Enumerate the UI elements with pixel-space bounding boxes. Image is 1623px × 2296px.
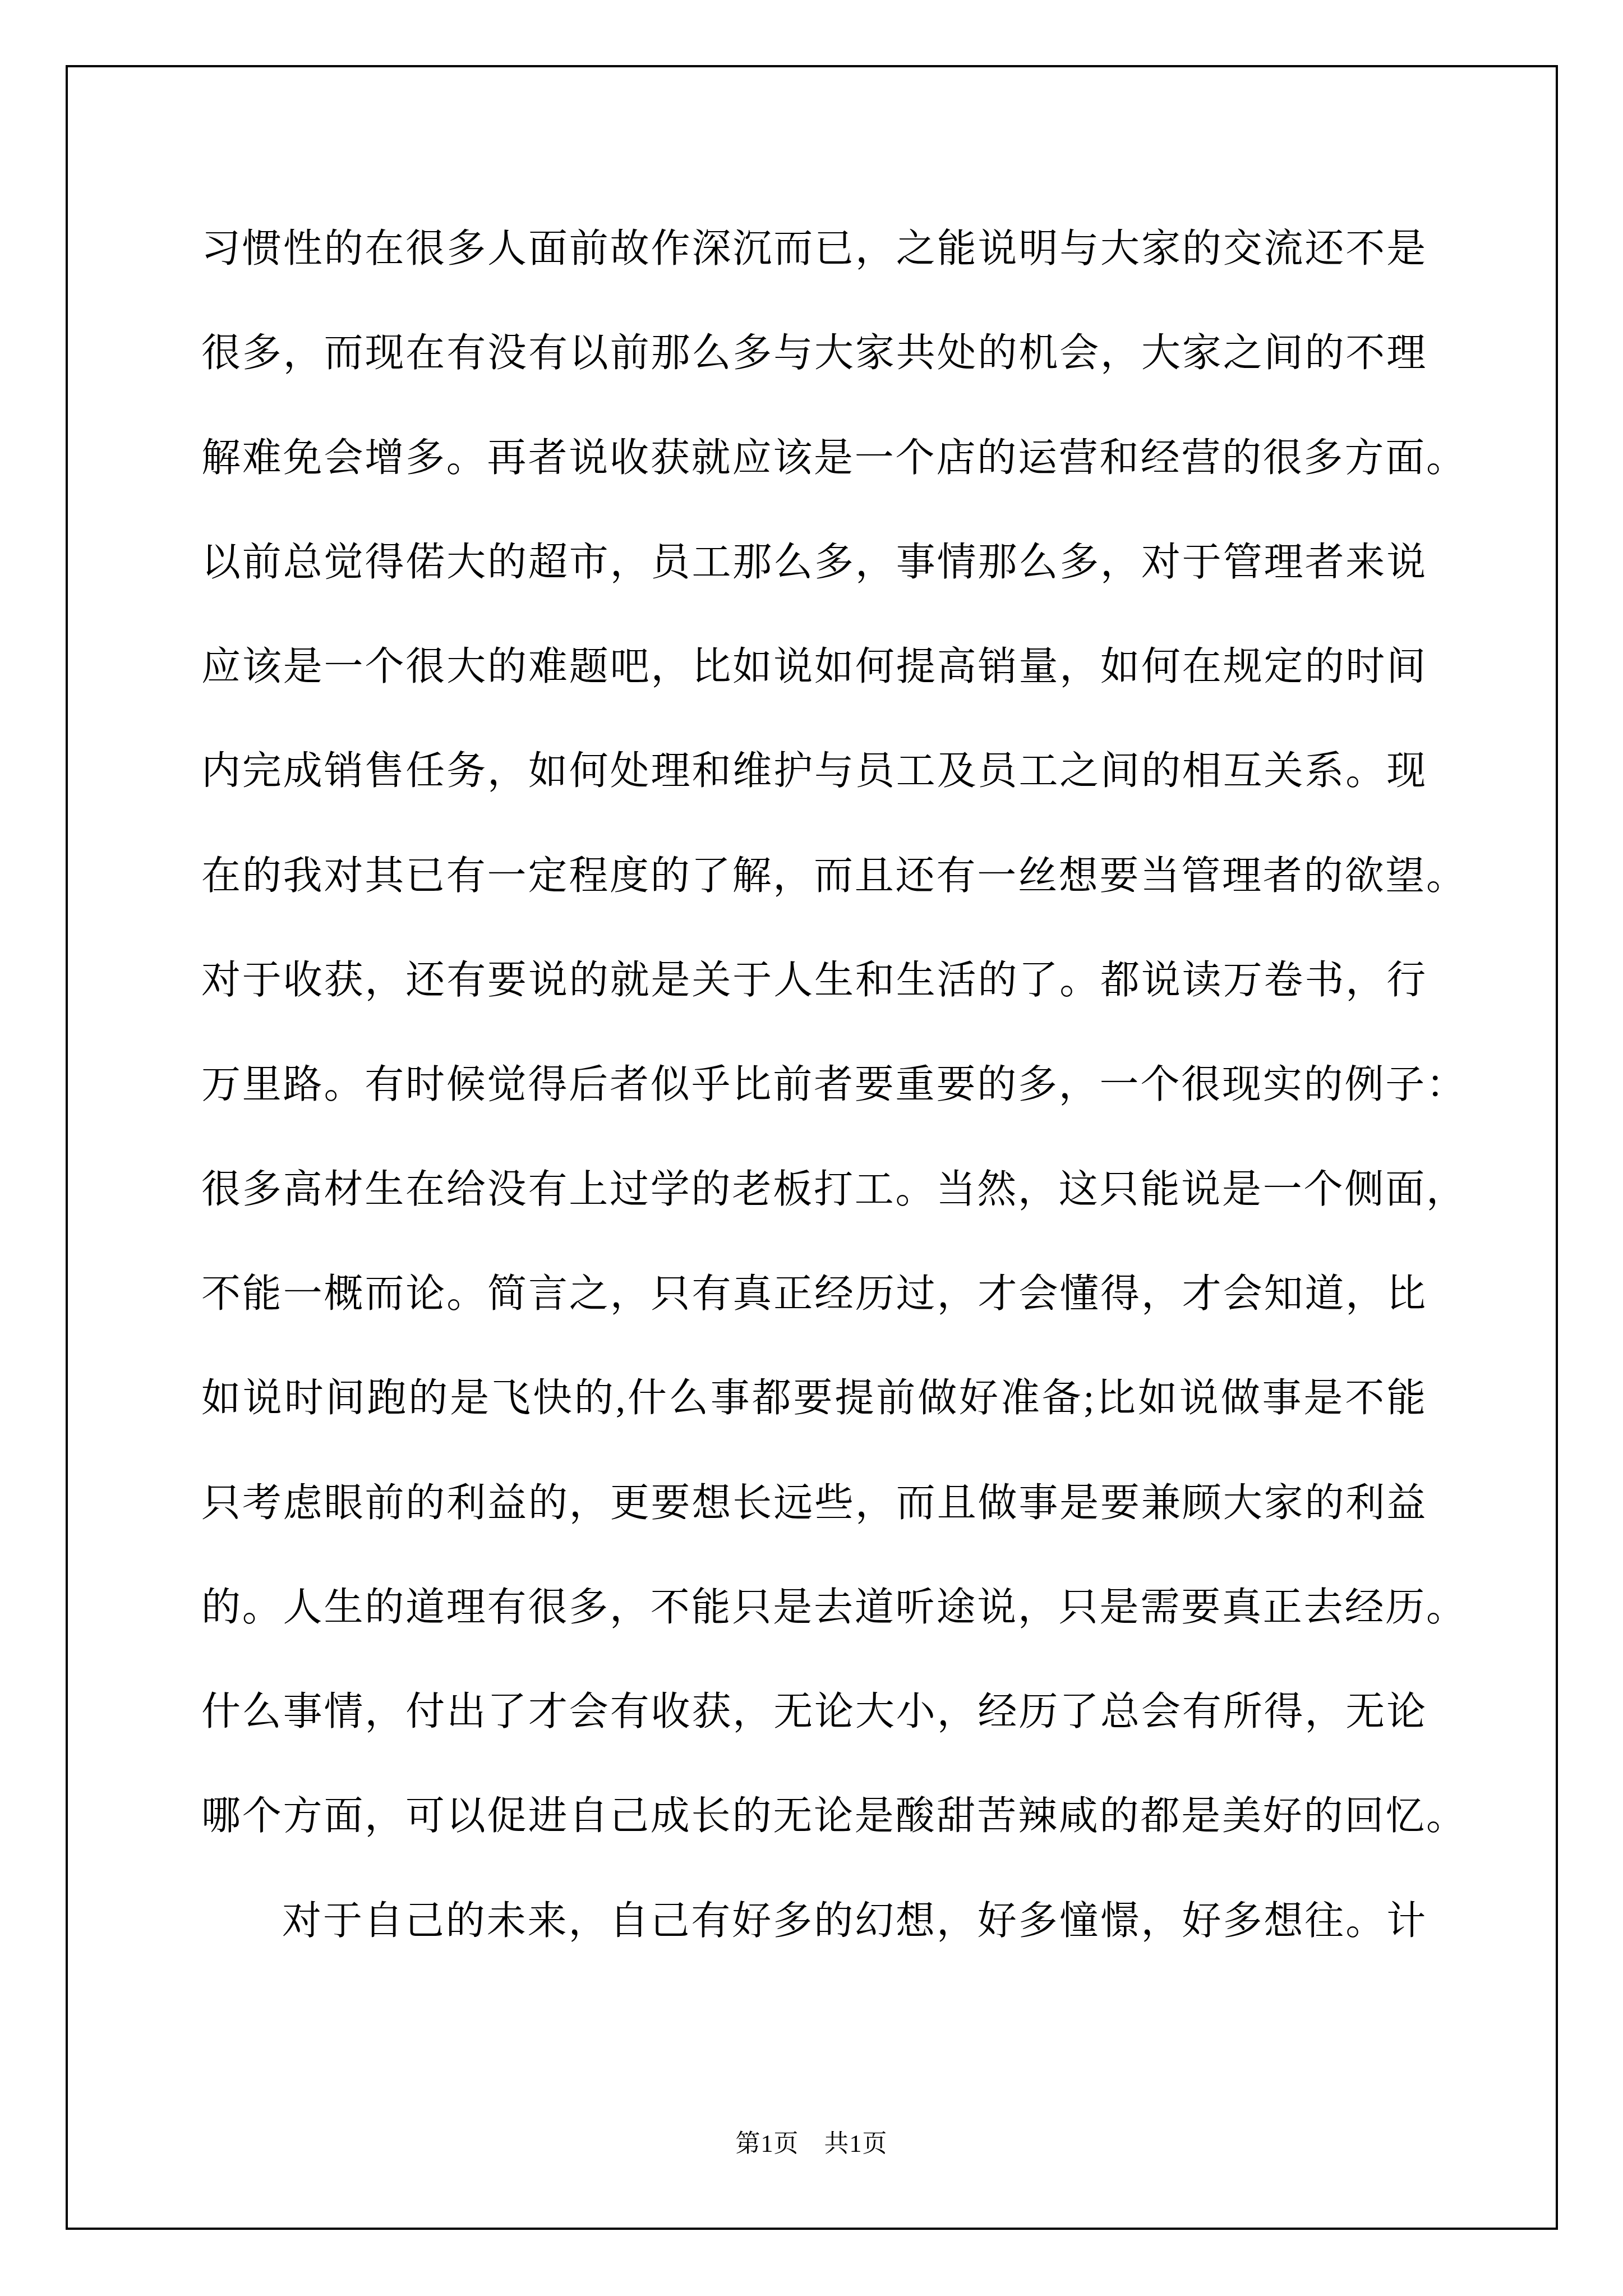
text-line: 不能一概而论。简言之，只有真正经历过，才会懂得，才会知道，比 bbox=[201, 1243, 1427, 1347]
text-line: 很多，而现在有没有以前那么多与大家共处的机会，大家之间的不理 bbox=[201, 302, 1427, 406]
text-line: 只考虑眼前的利益的，更要想长远些，而且做事是要兼顾大家的利益 bbox=[201, 1452, 1427, 1556]
text-line: 哪个方面，可以促进自己成长的无论是酸甜苦辣咸的都是美好的回忆。 bbox=[201, 1765, 1427, 1869]
text-line: 的。人生的道理有很多，不能只是去道听途说，只是需要真正去经历。 bbox=[201, 1556, 1427, 1660]
text-line: 以前总觉得偌大的超市，员工那么多，事情那么多，对于管理者来说 bbox=[201, 511, 1427, 615]
text-line: 万里路。有时候觉得后者似乎比前者要重要的多，一个很现实的例子： bbox=[201, 1033, 1427, 1138]
text-line: 什么事情，付出了才会有收获，无论大小，经历了总会有所得，无论 bbox=[201, 1660, 1427, 1765]
text-line: 对于收获，还有要说的就是关于人生和生活的了。都说读万卷书，行 bbox=[201, 929, 1427, 1033]
page-footer: 第1页 共1页 bbox=[0, 2126, 1623, 2162]
document-page: 习惯性的在很多人面前故作深沉而已，之能说明与大家的交流还不是 很多，而现在有没有… bbox=[0, 0, 1623, 2296]
text-line: 在的我对其已有一定程度的了解，而且还有一丝想要当管理者的欲望。 bbox=[201, 825, 1427, 929]
text-line: 解难免会增多。再者说收获就应该是一个店的运营和经营的很多方面。 bbox=[201, 407, 1427, 511]
text-line-paragraph-start: 对于自己的未来，自己有好多的幻想，好多憧憬，好多想往。计 bbox=[201, 1870, 1427, 1974]
text-line: 习惯性的在很多人面前故作深沉而已，之能说明与大家的交流还不是 bbox=[201, 197, 1427, 302]
text-line: 应该是一个很大的难题吧，比如说如何提高销量，如何在规定的时间 bbox=[201, 615, 1427, 720]
text-line: 很多高材生在给没有上过学的老板打工。当然，这只能说是一个侧面， bbox=[201, 1138, 1427, 1243]
body-text: 习惯性的在很多人面前故作深沉而已，之能说明与大家的交流还不是 很多，而现在有没有… bbox=[201, 197, 1427, 1974]
text-line: 内完成销售任务，如何处理和维护与员工及员工之间的相互关系。现 bbox=[201, 720, 1427, 824]
text-line: 如说时间跑的是飞快的,什么事都要提前做好准备;比如说做事是不能 bbox=[201, 1347, 1427, 1451]
